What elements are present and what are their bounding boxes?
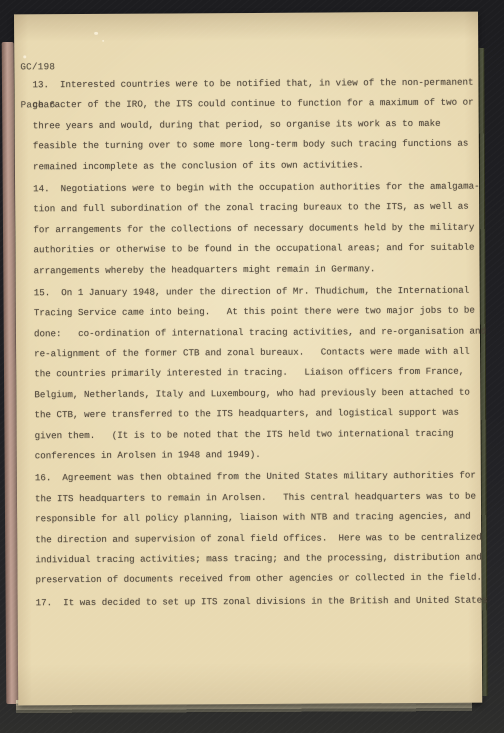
paragraph-17: 17. It was decided to set up ITS zonal d… — [36, 590, 478, 613]
text-line: 13. Interested countries were to be noti… — [32, 73, 474, 96]
text-line: 14. Negotiations were to begin with the … — [33, 177, 475, 200]
document-reference: GC/198 — [20, 61, 55, 74]
paragraph-15: 15. On 1 January 1948, under the directi… — [34, 281, 477, 467]
text-line: responsible for all policy planning, lia… — [35, 507, 477, 530]
text-line: given them. (It is to be noted that the … — [35, 423, 477, 446]
text-line: individual tracing activities; mass trac… — [35, 548, 477, 571]
paragraph-14: 14. Negotiations were to begin with the … — [33, 177, 476, 282]
paragraph-13: 13. Interested countries were to be noti… — [32, 73, 475, 178]
text-line: the direction and supervision of zonal f… — [35, 527, 477, 550]
text-line: re-alignment of the former CTB and zonal… — [34, 342, 476, 365]
paper-speck — [94, 32, 98, 35]
text-line: Belgium, Netherlands, Italy and Luxembou… — [34, 382, 476, 405]
text-line: tion and full subordination of the zonal… — [33, 197, 475, 220]
text-line: authorities or otherwise to be found in … — [33, 238, 475, 261]
text-line: for arrangements for the collections of … — [33, 217, 475, 240]
text-line: Tracing Service came into being. At this… — [34, 301, 476, 324]
text-line: the CTB, were transferred to the ITS hea… — [34, 403, 476, 426]
text-line: 17. It was decided to set up ITS zonal d… — [36, 590, 478, 613]
text-line: done: co-ordination of international tra… — [34, 321, 476, 344]
scanned-document-photo: GC/198 Page 6 13. Interested countries w… — [0, 0, 504, 733]
text-line: the countries primarily interested in tr… — [34, 362, 476, 385]
document-body: 13. Interested countries were to be noti… — [32, 73, 477, 616]
text-line: conferences in Arolsen in 1948 and 1949)… — [35, 444, 477, 467]
text-line: three years and would, during that perio… — [33, 113, 475, 136]
document-page: GC/198 Page 6 13. Interested countries w… — [14, 12, 482, 706]
text-line: remained incomplete as the conclusion of… — [33, 154, 475, 177]
text-line: feasible the turning over to some more l… — [33, 134, 475, 157]
text-line: 15. On 1 January 1948, under the directi… — [34, 281, 476, 304]
paragraph-16: 16. Agreement was then obtained from the… — [35, 466, 478, 591]
text-line: preservation of documents received from … — [35, 568, 477, 591]
text-line: arrangements whereby the headquarters mi… — [34, 258, 476, 281]
paper-speck — [102, 40, 104, 42]
text-line: 16. Agreement was then obtained from the… — [35, 466, 477, 489]
text-line: the ITS headquarters to remain in Arolse… — [35, 486, 477, 509]
text-line: character of the IRO, the ITS could cont… — [33, 93, 475, 116]
